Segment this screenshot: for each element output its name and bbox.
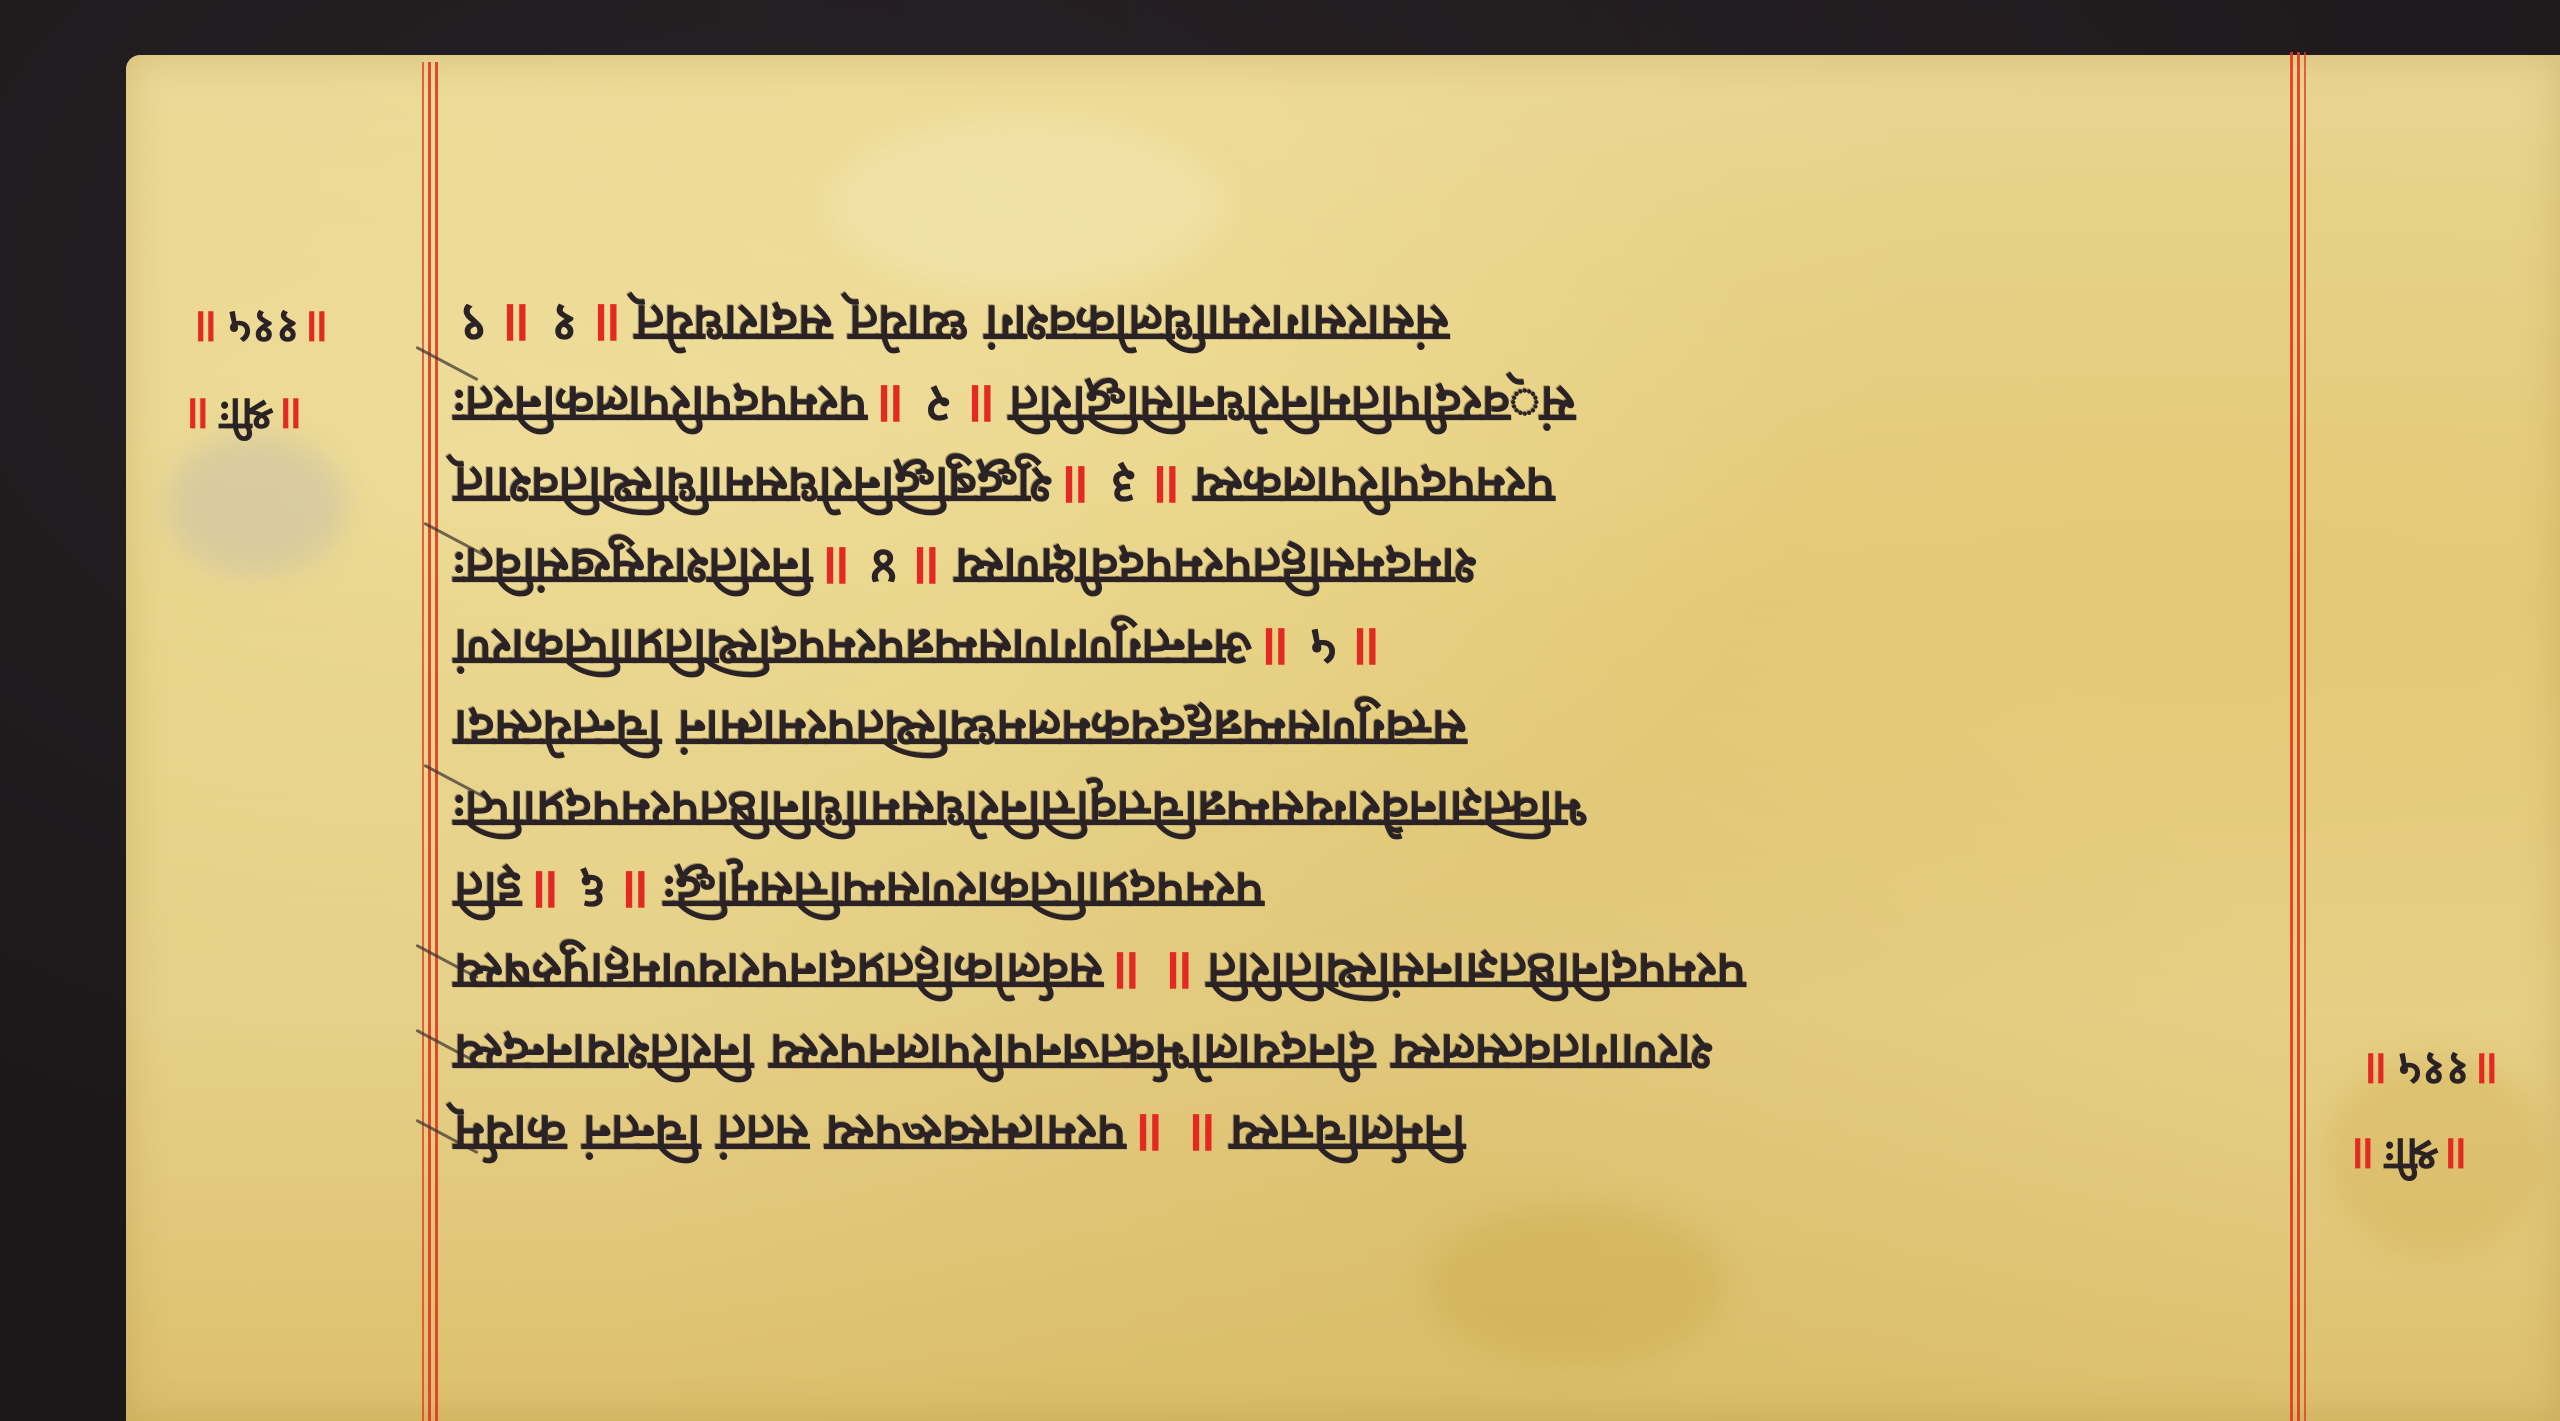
left-margin-rule <box>422 62 438 1421</box>
verse-number: ४ <box>871 533 897 604</box>
text-segment: निर्मलचित्तस्य <box>1231 1100 1466 1171</box>
red-danda: ॥ <box>1189 1098 1222 1174</box>
red-danda: ॥ <box>305 298 333 360</box>
red-danda: ॥ <box>503 288 536 364</box>
red-danda: ॥ <box>913 531 946 607</box>
right-folio-marker-2: ॥ श्रीः ॥ <box>2345 1125 2478 1187</box>
red-danda: ॥ <box>1153 450 1186 526</box>
right-margin-rule <box>2290 52 2306 1421</box>
text-segment: सं्वरदीपतिमनिरोधनसिद्धिरिति <box>1010 371 1575 442</box>
manuscript-text-block: ९ ॥ १ ॥ संसारसागरमाधिलोकवशगं ध्यायेत् सद… <box>455 285 2280 1176</box>
text-segment: शरणागतवत्सलस्य दीनदयालोर्भक्तजनपरिपालनपर… <box>455 1019 1713 1090</box>
text-line-10: शरणागतवत्सलस्य दीनदयालोर्भक्तजनपरिपालनपर… <box>455 1014 2280 1095</box>
text-line-2: परमपदपरिपालकनिरतः ॥ २ ॥ सं्वरदीपतिमनिरोध… <box>455 366 2280 447</box>
text-segment: सत्त्वगुणसम्पन्नहृदयकमलमध्यस्थितपरमात्मा… <box>455 695 1467 766</box>
text-segment: भक्तिज्ञानवैराग्यसम्पन्नचित्तवृत्तिनिरोध… <box>455 776 1588 847</box>
red-danda: ॥ <box>968 369 1001 445</box>
text-line-3: शुद्धबुद्धिनिरोधसमाधिस्थितिवशात् ॥ ३ ॥ प… <box>455 447 2280 528</box>
red-danda: ॥ <box>594 288 627 364</box>
text-segment: शुद्धबुद्धिनिरोधसमाधिस्थितिवशात् <box>455 452 1052 523</box>
text-line-11: परमात्मस्वरूपस्य सततं चिन्तनं कार्यम् ॥ … <box>455 1095 2280 1176</box>
rule-line <box>2297 52 2300 1421</box>
text-segment: निरतिशयसुखसंवितः <box>455 533 813 604</box>
folio-label: श्रीः <box>2385 1125 2439 1187</box>
red-danda: ॥ <box>1136 1098 1169 1174</box>
paper-stain <box>1426 1205 1726 1365</box>
red-danda: ॥ <box>1262 612 1295 688</box>
verse-number: ९ <box>461 290 487 361</box>
rule-line <box>2304 52 2306 1421</box>
verse-number: ३ <box>1111 452 1137 523</box>
paper-stain <box>166 435 346 575</box>
red-danda: ॥ <box>622 855 655 931</box>
text-segment: सर्वलोकहितप्रदानपरायणमहापुरुषस्य <box>455 938 1103 1009</box>
text-segment: परमपदपरिपालकस्य <box>1195 452 1555 523</box>
right-folio-marker-1: ॥ ११५ ॥ <box>2358 1040 2509 1102</box>
verse-number: २ <box>926 371 952 442</box>
text-segment: परमपदप्राप्तिकारणसम्पत्तिसमृद्धिः <box>665 857 1264 928</box>
paper-stain <box>826 115 1226 295</box>
red-danda: ॥ <box>2351 1125 2379 1187</box>
folio-label: श्रीः <box>220 385 274 447</box>
verse-number: ६ <box>580 857 606 928</box>
verse-number: १ <box>552 290 578 361</box>
folio-number: ११५ <box>228 298 300 360</box>
red-danda: ॥ <box>877 369 910 445</box>
verse-number: ५ <box>1311 614 1337 685</box>
left-folio-marker-2: ॥ श्रीः ॥ <box>180 385 313 447</box>
rule-line <box>428 62 431 1421</box>
red-danda: ॥ <box>1062 450 1095 526</box>
red-danda: ॥ <box>532 855 565 931</box>
text-segment: परमात्मस्वरूपस्य सततं चिन्तनं कार्यम् <box>455 1100 1126 1171</box>
text-segment: परमपदनिष्ठितज्ञानसंस्थितिरिति <box>1208 938 1746 1009</box>
text-line-8: इति ॥ ६ ॥ परमपदप्राप्तिकारणसम्पत्तिसमृद्… <box>455 852 2280 933</box>
text-line-9: सर्वलोकहितप्रदानपरायणमहापुरुषस्य ॥ ॥ परम… <box>455 933 2280 1014</box>
text-segment: संसारसागरमाधिलोकवशगं ध्यायेत् सदाराधयेत् <box>636 290 1449 361</box>
red-danda: ॥ <box>186 385 214 447</box>
red-danda: ॥ <box>1353 612 1386 688</box>
red-danda: ॥ <box>2364 1040 2392 1102</box>
red-danda: ॥ <box>2475 1040 2503 1102</box>
text-line-4: निरतिशयसुखसंवितः ॥ ४ ॥ शमदमसहितपरमपदवीक्… <box>455 528 2280 609</box>
text-segment: शमदमसहितपरमपदवीक्षणस्य <box>956 533 1477 604</box>
red-danda: ॥ <box>1166 936 1199 1012</box>
red-danda: ॥ <box>1113 936 1146 1012</box>
text-segment: परमपदपरिपालकनिरतः <box>455 371 867 442</box>
text-line-7: भक्तिज्ञानवैराग्यसम्पन्नचित्तवृत्तिनिरोध… <box>455 771 2280 852</box>
text-line-6: सत्त्वगुणसम्पन्नहृदयकमलमध्यस्थितपरमात्मा… <box>455 690 2280 771</box>
left-folio-marker-1: ॥ ११५ ॥ <box>188 298 339 360</box>
rule-line <box>435 62 438 1421</box>
text-segment: अनन्तगुणगणसम्पन्नपरमपदस्थितिप्राप्तिकारण… <box>455 614 1252 685</box>
text-line-5: अनन्तगुणगणसम्पन्नपरमपदस्थितिप्राप्तिकारण… <box>455 609 2280 690</box>
text-segment: इति <box>455 857 522 928</box>
text-line-1: ९ ॥ १ ॥ संसारसागरमाधिलोकवशगं ध्यायेत् सद… <box>455 285 2280 366</box>
red-danda: ॥ <box>279 385 307 447</box>
rule-line <box>2290 52 2293 1421</box>
folio-number: ११५ <box>2398 1040 2470 1102</box>
red-danda: ॥ <box>194 298 222 360</box>
red-danda: ॥ <box>2444 1125 2472 1187</box>
rule-line <box>422 62 424 1421</box>
red-danda: ॥ <box>823 531 856 607</box>
